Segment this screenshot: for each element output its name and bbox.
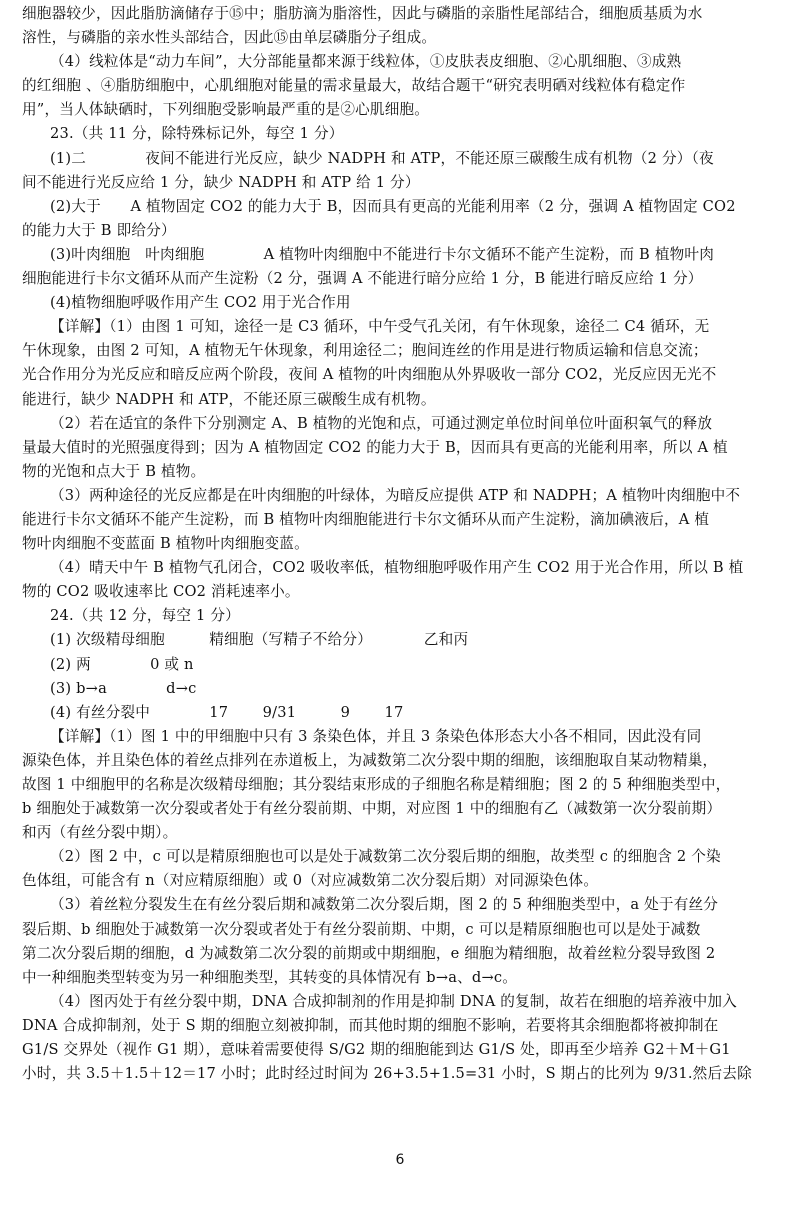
text-line: （2）图 2 中，c 可以是精原细胞也可以是处于减数第二次分裂后期的细胞，故类型…: [22, 845, 780, 869]
text-line: 间不能进行光反应给 1 分，缺少 NADPH 和 ATP 给 1 分）: [22, 171, 780, 195]
text-line: 中一种细胞类型转变为另一种细胞类型，其转变的具体情况有 b→a、d→c。: [22, 966, 780, 990]
text-line: 【详解】（1）由图 1 可知，途径一是 C3 循环，中午受气孔关闭，有午休现象，…: [22, 315, 780, 339]
text-line: 能进行，缺少 NADPH 和 ATP，不能还原三碳酸生成有机物。: [22, 388, 780, 412]
text-line: (2)大于 A 植物固定 CO2 的能力大于 B，因而具有更高的光能利用率（2 …: [22, 195, 780, 219]
text-line: b 细胞处于减数第一次分裂或者处于有丝分裂前期、中期，对应图 1 中的细胞有乙（…: [22, 797, 780, 821]
text-line: （4）线粒体是“动力车间”，大分部能量都来源于线粒体，①皮肤表皮细胞、②心肌细胞…: [22, 50, 780, 74]
text-line: (3) b→a d→c: [22, 677, 780, 701]
text-line: 和丙（有丝分裂中期）。: [22, 821, 780, 845]
text-line: 【详解】（1）图 1 中的甲细胞中只有 3 条染色体，并且 3 条染色体形态大小…: [22, 725, 780, 749]
text-line: 的能力大于 B 即给分）: [22, 219, 780, 243]
text-line: （3）两种途径的光反应都是在叶肉细胞的叶绿体，为暗反应提供 ATP 和 NADP…: [22, 484, 780, 508]
text-line: （4）图丙处于有丝分裂中期，DNA 合成抑制剂的作用是抑制 DNA 的复制，故若…: [22, 990, 780, 1014]
text-line: 物的光饱和点大于 B 植物。: [22, 460, 780, 484]
text-line: 物叶肉细胞不变蓝面 B 植物叶肉细胞变蓝。: [22, 532, 780, 556]
text-line: （2）若在适宜的条件下分别测定 A、B 植物的光饱和点，可通过测定单位时间单位叶…: [22, 412, 780, 436]
text-line: 23.（共 11 分，除特殊标记外，每空 1 分）: [22, 122, 780, 146]
text-line: （3）着丝粒分裂发生在有丝分裂后期和减数第二次分裂后期，图 2 的 5 种细胞类…: [22, 893, 780, 917]
text-line: (4)植物细胞呼吸作用产生 CO2 用于光合作用: [22, 291, 780, 315]
page-number: 6: [0, 1152, 800, 1168]
text-line: (4) 有丝分裂中 17 9/31 9 17: [22, 701, 780, 725]
text-line: 的红细胞 、④脂肪细胞中，心肌细胞对能量的需求量最大，故结合题干“研究表明硒对线…: [22, 74, 780, 98]
text-line: 光合作用分为光反应和暗反应两个阶段，夜间 A 植物的叶肉细胞从外界吸收一部分 C…: [22, 363, 780, 387]
text-line: 第二次分裂后期的细胞，d 为减数第二次分裂的前期或中期细胞，e 细胞为精细胞，故…: [22, 942, 780, 966]
text-line: 午休现象，由图 2 可知，A 植物无午休现象，利用途径二；胞间连丝的作用是进行物…: [22, 339, 780, 363]
text-line: 细胞能进行卡尔文循环从而产生淀粉（2 分，强调 A 不能进行暗分应给 1 分，B…: [22, 267, 780, 291]
text-line: 色体组，可能含有 n（对应精原细胞）或 0（对应减数第二次分裂后期）对同源染色体…: [22, 869, 780, 893]
text-line: (2) 两 0 或 n: [22, 653, 780, 677]
text-line: G1/S 交界处（视作 G1 期），意味着需要使得 S/G2 期的细胞能到达 G…: [22, 1038, 780, 1062]
text-line: 故图 1 中细胞甲的名称是次级精母细胞；其分裂结束形成的子细胞名称是精细胞；图 …: [22, 773, 780, 797]
text-line: 源染色体，并且染色体的着丝点排列在赤道板上，为减数第二次分裂中期的细胞，该细胞取…: [22, 749, 780, 773]
text-line: 细胞器较少，因此脂肪滴储存于⑮中；脂肪滴为脂溶性，因此与磷脂的亲脂性尾部结合，细…: [22, 2, 780, 26]
text-line: （4）晴天中午 B 植物气孔闭合，CO2 吸收率低，植物细胞呼吸作用产生 CO2…: [22, 556, 780, 580]
text-line: 能进行卡尔文循环不能产生淀粉，而 B 植物叶肉细胞能进行卡尔文循环从而产生淀粉，…: [22, 508, 780, 532]
text-line: (3)叶肉细胞 叶肉细胞 A 植物叶肉细胞中不能进行卡尔文循环不能产生淀粉，而 …: [22, 243, 780, 267]
text-line: 溶性，与磷脂的亲水性头部结合，因此⑮由单层磷脂分子组成。: [22, 26, 780, 50]
text-line: (1) 次级精母细胞 精细胞（写精子不给分） 乙和丙: [22, 628, 780, 652]
text-line: (1)二 夜间不能进行光反应，缺少 NADPH 和 ATP，不能还原三碳酸生成有…: [22, 147, 780, 171]
text-line: 用”，当人体缺硒时，下列细胞受影响最严重的是②心肌细胞。: [22, 98, 780, 122]
document-page: 细胞器较少，因此脂肪滴储存于⑮中；脂肪滴为脂溶性，因此与磷脂的亲脂性尾部结合，细…: [22, 2, 780, 1086]
text-line: 物的 CO2 吸收速率比 CO2 消耗速率小。: [22, 580, 780, 604]
text-line: DNA 合成抑制剂，处于 S 期的细胞立刻被抑制，而其他时期的细胞不影响，若要将…: [22, 1014, 780, 1038]
text-line: 量最大值时的光照强度得到；因为 A 植物固定 CO2 的能力大于 B，因而具有更…: [22, 436, 780, 460]
text-line: 24.（共 12 分，每空 1 分）: [22, 604, 780, 628]
text-line: 裂后期、b 细胞处于减数第一次分裂或者处于有丝分裂前期、中期，c 可以是精原细胞…: [22, 918, 780, 942]
text-line: 小时，共 3.5＋1.5＋12＝17 小时；此时经过时间为 26+3.5+1.5…: [22, 1062, 780, 1086]
